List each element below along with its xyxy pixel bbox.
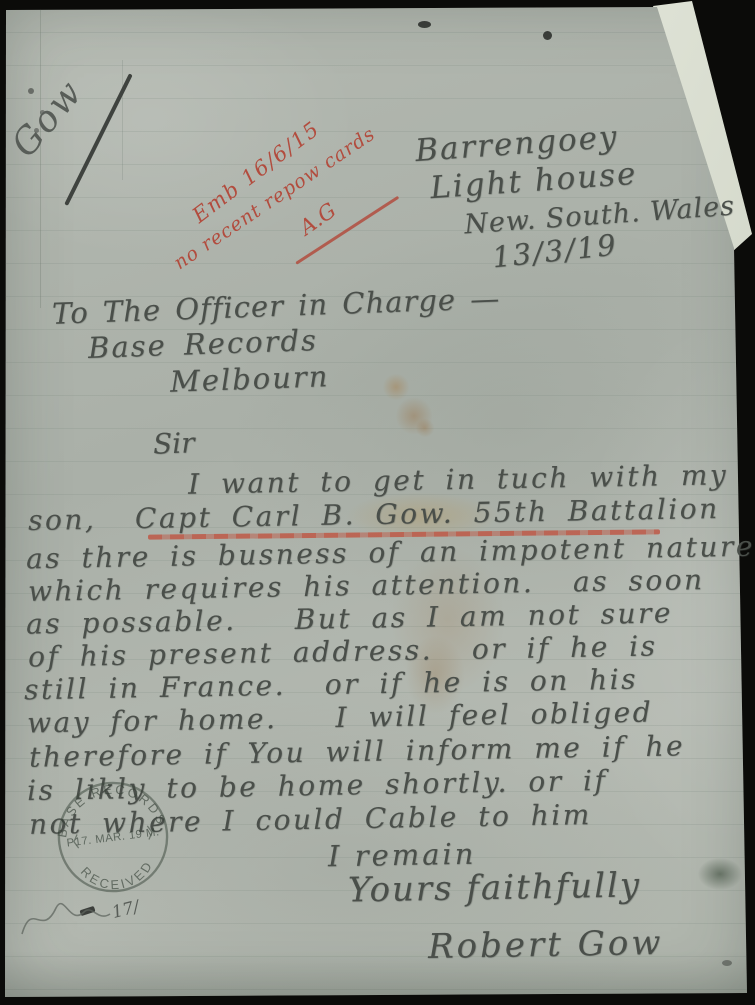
ink-speck (543, 31, 552, 40)
salutation: Sir (152, 426, 195, 460)
vertical-crease-short (122, 60, 123, 180)
pencil-speck (28, 88, 34, 94)
stamp-date-text: P17. MAR. 19 M. (66, 826, 160, 849)
ink-speck (418, 21, 431, 28)
foxing-stain (383, 373, 409, 401)
received-stamp: BASE RECORDS P17. MAR. 19 M. RECEIVED (47, 771, 179, 903)
clerk-scribble (18, 888, 168, 943)
received-stamp-svg: BASE RECORDS P17. MAR. 19 M. RECEIVED (47, 771, 179, 903)
closing-line2: Yours faithfully (348, 865, 642, 910)
foxing-stain (416, 418, 434, 438)
pencil-speck (722, 960, 732, 966)
scanned-letter-page: Gow Emb 16/6/15 no recent repow cards A.… (0, 0, 755, 1005)
signature: Robert Gow (428, 923, 664, 967)
clerk-scribble-path (22, 904, 110, 934)
recipient-line3: Melbourn (169, 359, 329, 399)
ink-blot (698, 858, 742, 890)
